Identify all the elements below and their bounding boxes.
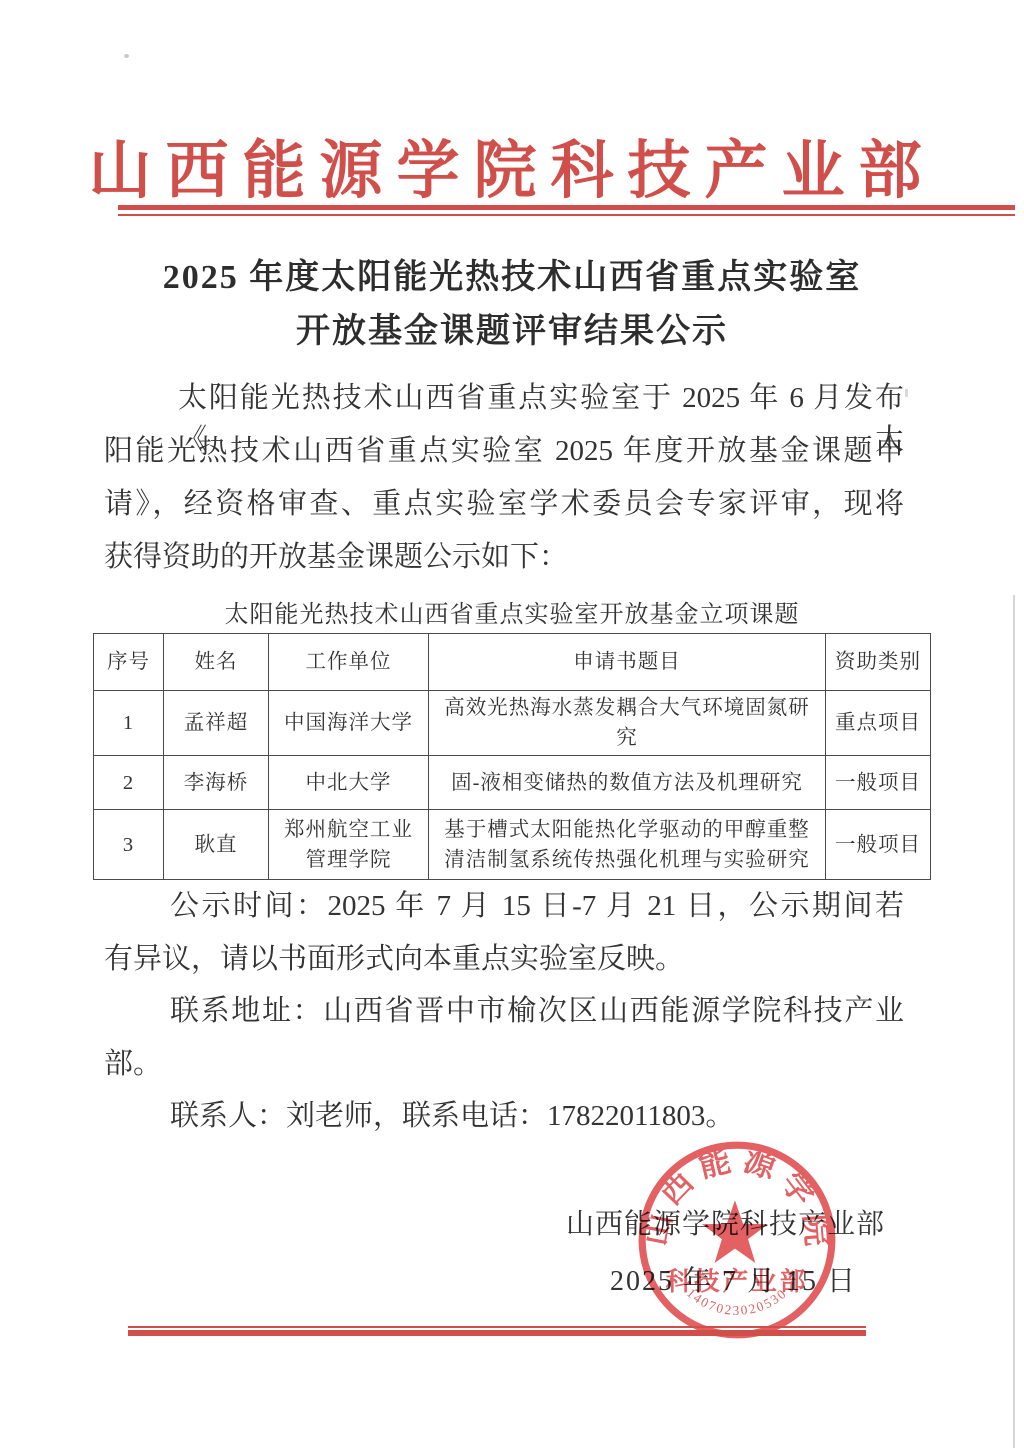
- footer-rule-thick: [128, 1330, 866, 1336]
- intro-line: 获得资助的开放基金课题公示如下：: [104, 536, 904, 578]
- table-row: 1 孟祥超 中国海洋大学 高效光热海水蒸发耦合大气环境固氮研究 重点项目: [94, 691, 931, 756]
- doc-title-line1: 2025 年度太阳能光热技术山西省重点实验室: [0, 249, 1024, 298]
- cell-no: 3: [94, 810, 164, 880]
- table-header-row: 序号 姓名 工作单位 申请书题目 资助类别: [94, 634, 931, 691]
- intro-line: 阳能光热技术山西省重点实验室 2025 年度开放基金课题申: [104, 430, 904, 472]
- scan-speck: [905, 389, 908, 397]
- address-line: 部。: [104, 1043, 904, 1085]
- cell-name: 孟祥超: [164, 691, 269, 756]
- projects-table: 序号 姓名 工作单位 申请书题目 资助类别 1 孟祥超 中国海洋大学 高效光热海…: [93, 633, 931, 880]
- cell-topic: 固-液相变储热的数值方法及机理研究: [429, 756, 826, 810]
- seal-star: [702, 1200, 768, 1263]
- column-header-topic: 申请书题目: [429, 634, 826, 691]
- contact-line: 联系人：刘老师，联系电话：17822011803。: [104, 1095, 904, 1137]
- notice-line: 公示时间：2025 年 7 月 15 日-7 月 21 日，公示期间若: [104, 885, 904, 927]
- letterhead-title: 山西能源学院科技产业部: [0, 120, 1024, 211]
- column-header-unit: 工作单位: [269, 634, 429, 691]
- address-line: 联系地址：山西省晋中市榆次区山西能源学院科技产业: [104, 990, 904, 1032]
- table-row: 2 李海桥 中北大学 固-液相变储热的数值方法及机理研究 一般项目: [94, 756, 931, 810]
- document-page: 山西能源学院科技产业部 2025 年度太阳能光热技术山西省重点实验室 开放基金课…: [0, 0, 1024, 1448]
- cell-unit: 郑州航空工业管理学院: [269, 810, 429, 880]
- cell-no: 2: [94, 756, 164, 810]
- cell-category: 一般项目: [826, 810, 931, 880]
- column-header-category: 资助类别: [826, 634, 931, 691]
- footer-rule-thin: [128, 1326, 866, 1328]
- table-caption: 太阳能光热技术山西省重点实验室开放基金立项课题: [0, 594, 1024, 629]
- cell-category: 重点项目: [826, 691, 931, 756]
- cell-name: 李海桥: [164, 756, 269, 810]
- column-header-name: 姓名: [164, 634, 269, 691]
- seal-name-text: 科技产业部: [666, 1267, 809, 1296]
- column-header-no: 序号: [94, 634, 164, 691]
- table-row: 3 耿直 郑州航空工业管理学院 基于槽式太阳能热化学驱动的甲醇重整清洁制氢系统传…: [94, 810, 931, 880]
- cell-no: 1: [94, 691, 164, 756]
- scan-artifact-line: [1013, 595, 1015, 1448]
- cell-topic: 基于槽式太阳能热化学驱动的甲醇重整清洁制氢系统传热强化机理与实验研究: [429, 810, 826, 880]
- scan-speck: [124, 54, 129, 58]
- official-seal: 山西能源学院 科技产业部 1407023020530: [635, 1138, 839, 1342]
- cell-name: 耿直: [164, 810, 269, 880]
- intro-line: 太阳能光热技术山西省重点实验室于 2025 年 6 月发布《太: [104, 377, 904, 419]
- intro-line: 请》，经资格审查、重点实验室学术委员会专家评审，现将: [104, 483, 904, 525]
- notice-line: 有异议，请以书面形式向本重点实验室反映。: [104, 938, 904, 980]
- letterhead-rule-thick: [118, 205, 1015, 210]
- cell-category: 一般项目: [826, 756, 931, 810]
- letterhead-rule-thin: [118, 214, 1015, 216]
- cell-unit: 中北大学: [269, 756, 429, 810]
- doc-title-line2: 开放基金课题评审结果公示: [0, 303, 1024, 352]
- cell-topic: 高效光热海水蒸发耦合大气环境固氮研究: [429, 691, 826, 756]
- cell-unit: 中国海洋大学: [269, 691, 429, 756]
